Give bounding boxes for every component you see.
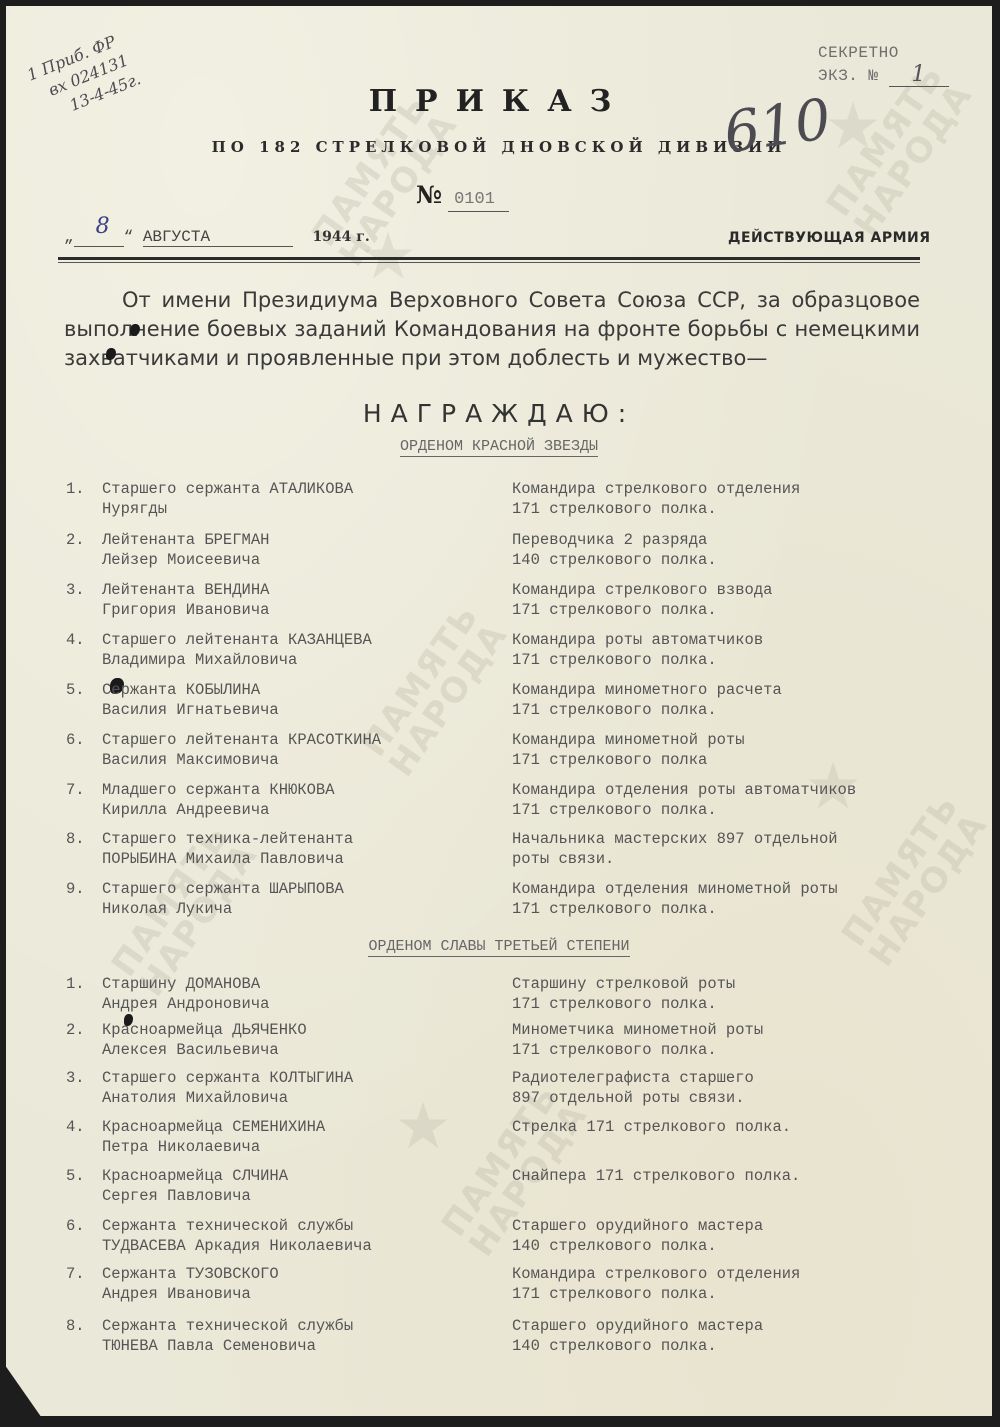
recipient-name: Старшего лейтенанта КАЗАНЦЕВАВладимира М…: [102, 630, 372, 670]
entry-number: 1.: [66, 479, 85, 499]
entry-number: 2.: [66, 1020, 85, 1040]
recipient-position: Снайпера 171 стрелкового полка.: [512, 1166, 800, 1186]
recipient-name: Лейтенанта БРЕГМАНЛейзер Моисеевича: [102, 530, 269, 570]
entry-number: 4.: [66, 1117, 85, 1137]
entry-number: 9.: [66, 879, 85, 899]
entry-number: 8.: [66, 1316, 85, 1336]
recipient-position: Радиотелеграфиста старшего897 отдельной …: [512, 1068, 754, 1108]
header-divider-thin: [58, 262, 920, 263]
entry-number: 8.: [66, 829, 85, 849]
recipient-name: Старшего сержанта КОЛТЫГИНААнатолия Миха…: [102, 1068, 353, 1108]
section-title-red-star: ОРДЕНОМ КРАСНОЙ ЗВЕЗДЫ: [6, 438, 992, 455]
recipient-position: Командира минометного расчета171 стрелко…: [512, 680, 782, 720]
entry-number: 1.: [66, 974, 85, 994]
entry-number: 6.: [66, 1216, 85, 1236]
preamble-text: От имени Президиума Верховного Совета Со…: [64, 286, 920, 373]
entry-number: 5.: [66, 1166, 85, 1186]
recipient-name: Сержанта технической службыТУДВАСЕВА Арк…: [102, 1216, 372, 1256]
recipient-name: Красноармейца СЛЧИНАСергея Павловича: [102, 1166, 288, 1206]
recipient-name: Старшего лейтенанта КРАСОТКИНАВасилия Ма…: [102, 730, 381, 770]
recipient-name: Сержанта ТУЗОВСКОГОАндрея Ивановича: [102, 1264, 279, 1304]
recipient-name: Сержанта технической службыТЮНЕВА Павла …: [102, 1316, 353, 1356]
recipient-position: Старшину стрелковой роты171 стрелкового …: [512, 974, 735, 1014]
recipient-name: Красноармейца СЕМЕНИХИНАПетра Николаевич…: [102, 1117, 325, 1157]
recipient-position: Командира стрелкового отделения171 стрел…: [512, 1264, 800, 1304]
recipient-name: Старшего техника-лейтенантаПОРЫБИНА Миха…: [102, 829, 353, 869]
secret-stamp: СЕКРЕТНО ЭКЗ. № 1: [818, 42, 949, 87]
entry-number: 6.: [66, 730, 85, 750]
document-page: ★ ПАМЯТЬНАРОДА ★ ПАМЯТЬНАРОДА ПАМЯТЬНАРО…: [6, 6, 992, 1416]
recipient-name: Лейтенанта ВЕНДИНАГригория Ивановича: [102, 580, 269, 620]
recipient-name: Старшину ДОМАНОВААндрея Андроновича: [102, 974, 269, 1014]
award-heading: НАГРАЖДАЮ:: [6, 399, 992, 428]
entry-number: 3.: [66, 580, 85, 600]
entry-number: 4.: [66, 630, 85, 650]
recipient-position: Командира стрелкового взвода171 стрелков…: [512, 580, 772, 620]
watermark-star-icon: ★: [396, 1066, 450, 1177]
page-title: ПРИКАЗ: [6, 84, 992, 119]
recipient-name: Красноармейца ДЬЯЧЕНКОАлексея Васильевич…: [102, 1020, 307, 1060]
entry-number: 3.: [66, 1068, 85, 1088]
recipient-position: Начальника мастерских 897 отдельнойроты …: [512, 829, 838, 869]
recipient-position: Минометчика минометной роты171 стрелково…: [512, 1020, 763, 1060]
army-label: ДЕЙСТВУЮЩАЯ АРМИЯ: [728, 230, 931, 246]
entry-number: 2.: [66, 530, 85, 550]
entry-number: 5.: [66, 680, 85, 700]
recipient-position: Старшего орудийного мастера140 стрелково…: [512, 1216, 763, 1256]
entry-number: 7.: [66, 1264, 85, 1284]
recipient-name: Младшего сержанта КНЮКОВАКирилла Андреев…: [102, 780, 335, 820]
division-subtitle: ПО 182 СТРЕЛКОВОЙ ДНОВСКОЙ ДИВИЗИИ: [6, 138, 992, 156]
recipient-name: Сержанта КОБЫЛИНАВасилия Игнатьевича: [102, 680, 279, 720]
recipient-position: Стрелка 171 стрелкового полка.: [512, 1117, 791, 1137]
order-number: №0101: [416, 180, 509, 212]
header-divider: [58, 257, 920, 260]
recipient-position: Командира отделения минометной роты171 с…: [512, 879, 838, 919]
entry-number: 7.: [66, 780, 85, 800]
section-title-glory-3: ОРДЕНОМ СЛАВЫ ТРЕТЬЕЙ СТЕПЕНИ: [6, 938, 992, 955]
recipient-position: Командира роты автоматчиков171 стрелково…: [512, 630, 763, 670]
recipient-name: Старшего сержанта ШАРЫПОВАНиколая Лукича: [102, 879, 344, 919]
order-date: „8 “ АВГУСТА 1944 г.: [64, 228, 370, 247]
recipient-position: Командира отделения роты автоматчиков171…: [512, 780, 856, 820]
recipient-name: Старшего сержанта АТАЛИКОВАНурягды: [102, 479, 353, 519]
recipient-position: Переводчика 2 разряда140 стрелкового пол…: [512, 530, 717, 570]
recipient-position: Старшего орудийного мастера140 стрелково…: [512, 1316, 763, 1356]
recipient-position: Командира минометной роты171 стрелкового…: [512, 730, 745, 770]
recipient-position: Командира стрелкового отделения171 стрел…: [512, 479, 800, 519]
